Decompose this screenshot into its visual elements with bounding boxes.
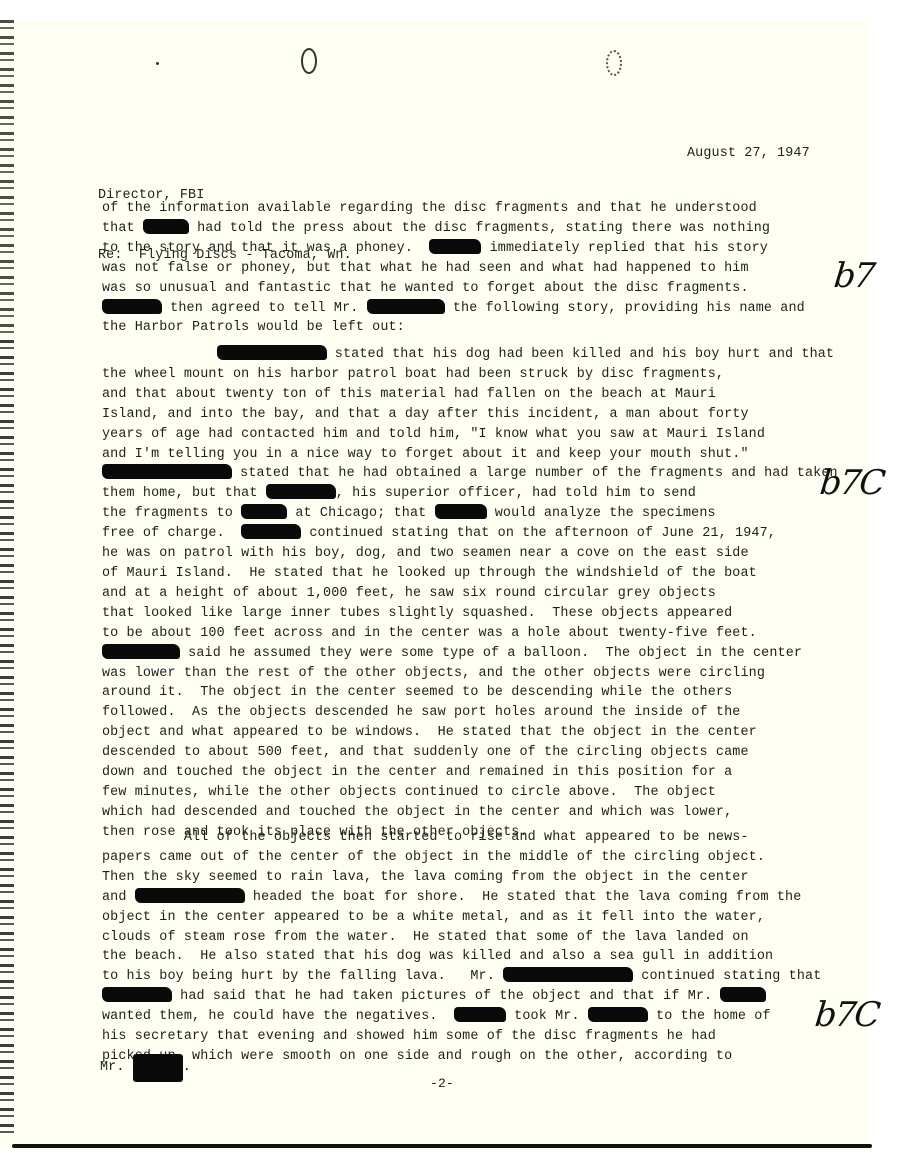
- text-line: he was on patrol with his boy, dog, and …: [102, 544, 838, 564]
- text-line: which had descended and touched the obje…: [102, 803, 838, 823]
- memo-date: August 27, 1947: [687, 146, 810, 161]
- text-line: was so unusual and fantastic that he wan…: [102, 279, 805, 299]
- text-line: of Mauri Island. He stated that he looke…: [102, 564, 838, 584]
- text-line: around it. The object in the center seem…: [102, 683, 838, 703]
- redaction-block: [143, 219, 189, 234]
- text-line: followed. As the objects descended he sa…: [102, 703, 838, 723]
- text-line: and headed the boat for shore. He stated…: [102, 888, 821, 908]
- text-line: Island, and into the bay, and that a day…: [102, 405, 838, 425]
- redaction-block: [367, 299, 445, 314]
- text-line: and that about twenty ton of this materi…: [102, 385, 838, 405]
- text-line: stated that his dog had been killed and …: [102, 345, 838, 365]
- redaction-block: [241, 504, 287, 519]
- text-line: years of age had contacted him and told …: [102, 425, 838, 445]
- text-line: clouds of steam rose from the water. He …: [102, 928, 821, 948]
- punch-hole: [301, 48, 317, 74]
- text-line: descended to about 500 feet, and that su…: [102, 743, 838, 763]
- text-line: the Harbor Patrols would be left out:: [102, 318, 805, 338]
- redaction-block: [588, 1007, 648, 1022]
- text-line: the wheel mount on his harbor patrol boa…: [102, 365, 838, 385]
- redaction-block: [102, 464, 232, 479]
- margin-note-b7c: b7C: [813, 995, 881, 1035]
- redaction-block: [429, 239, 481, 254]
- redaction-block: [102, 644, 180, 659]
- text-line: few minutes, while the other objects con…: [102, 783, 838, 803]
- bottom-rule: [12, 1144, 872, 1148]
- scan-edge-noise-lower: [0, 340, 14, 1140]
- text-line: and at a height of about 1,000 feet, he …: [102, 584, 838, 604]
- text-line: papers came out of the center of the obj…: [102, 848, 821, 868]
- text-line: object in the center appeared to be a wh…: [102, 908, 821, 928]
- text-line: Then the sky seemed to rain lava, the la…: [102, 868, 821, 888]
- text-line: them home, but that , his superior offic…: [102, 484, 838, 504]
- redaction-block: [217, 345, 327, 360]
- text-line: was not false or phoney, but that what h…: [102, 259, 805, 279]
- page-number: -2-: [430, 1076, 454, 1091]
- text-line: that had told the press about the disc f…: [102, 219, 805, 239]
- text-line: wanted them, he could have the negatives…: [102, 1007, 821, 1027]
- scan-speck: [156, 62, 159, 65]
- redaction-block: [503, 967, 633, 982]
- redaction-block: [133, 1054, 183, 1082]
- margin-note-b7: b7: [832, 256, 876, 296]
- redaction-block: [435, 504, 487, 519]
- closing-line: Mr. .: [100, 1054, 191, 1082]
- text-line: was lower than the rest of the other obj…: [102, 664, 838, 684]
- paragraph-3: All of the objects then started to rise …: [102, 828, 821, 1067]
- text-line: and I'm telling you in a nice way to for…: [102, 445, 838, 465]
- text-line: picked up, which were smooth on one side…: [102, 1047, 821, 1067]
- punch-hole: [606, 50, 622, 76]
- text-line: stated that he had obtained a large numb…: [102, 464, 838, 484]
- redaction-block: [102, 987, 172, 1002]
- redaction-block: [135, 888, 245, 903]
- text-line: to the story and that it was a phoney. i…: [102, 239, 805, 259]
- text-line: of the information available regarding t…: [102, 199, 805, 219]
- text-line: the beach. He also stated that his dog w…: [102, 947, 821, 967]
- text-line: his secretary that evening and showed hi…: [102, 1027, 821, 1047]
- paragraph-2: stated that his dog had been killed and …: [102, 345, 838, 843]
- paragraph-1: of the information available regarding t…: [102, 199, 805, 338]
- redaction-block: [102, 299, 162, 314]
- redaction-block: [241, 524, 301, 539]
- text-line: free of charge. continued stating that o…: [102, 524, 838, 544]
- text-line: to be about 100 feet across and in the c…: [102, 624, 838, 644]
- redaction-block: [266, 484, 336, 499]
- redaction-block: [720, 987, 766, 1002]
- text-line: said he assumed they were some type of a…: [102, 644, 838, 664]
- redaction-block: [454, 1007, 506, 1022]
- text-line: down and touched the object in the cente…: [102, 763, 838, 783]
- text-line: object and what appeared to be windows. …: [102, 723, 838, 743]
- text-line: then agreed to tell Mr. the following st…: [102, 299, 805, 319]
- text-line: to his boy being hurt by the falling lav…: [102, 967, 821, 987]
- text-line: had said that he had taken pictures of t…: [102, 987, 821, 1007]
- text-line: that looked like large inner tubes sligh…: [102, 604, 838, 624]
- margin-note-b7c: b7C: [818, 463, 886, 503]
- text-line: All of the objects then started to rise …: [102, 828, 821, 848]
- text-line: the fragments to at Chicago; that would …: [102, 504, 838, 524]
